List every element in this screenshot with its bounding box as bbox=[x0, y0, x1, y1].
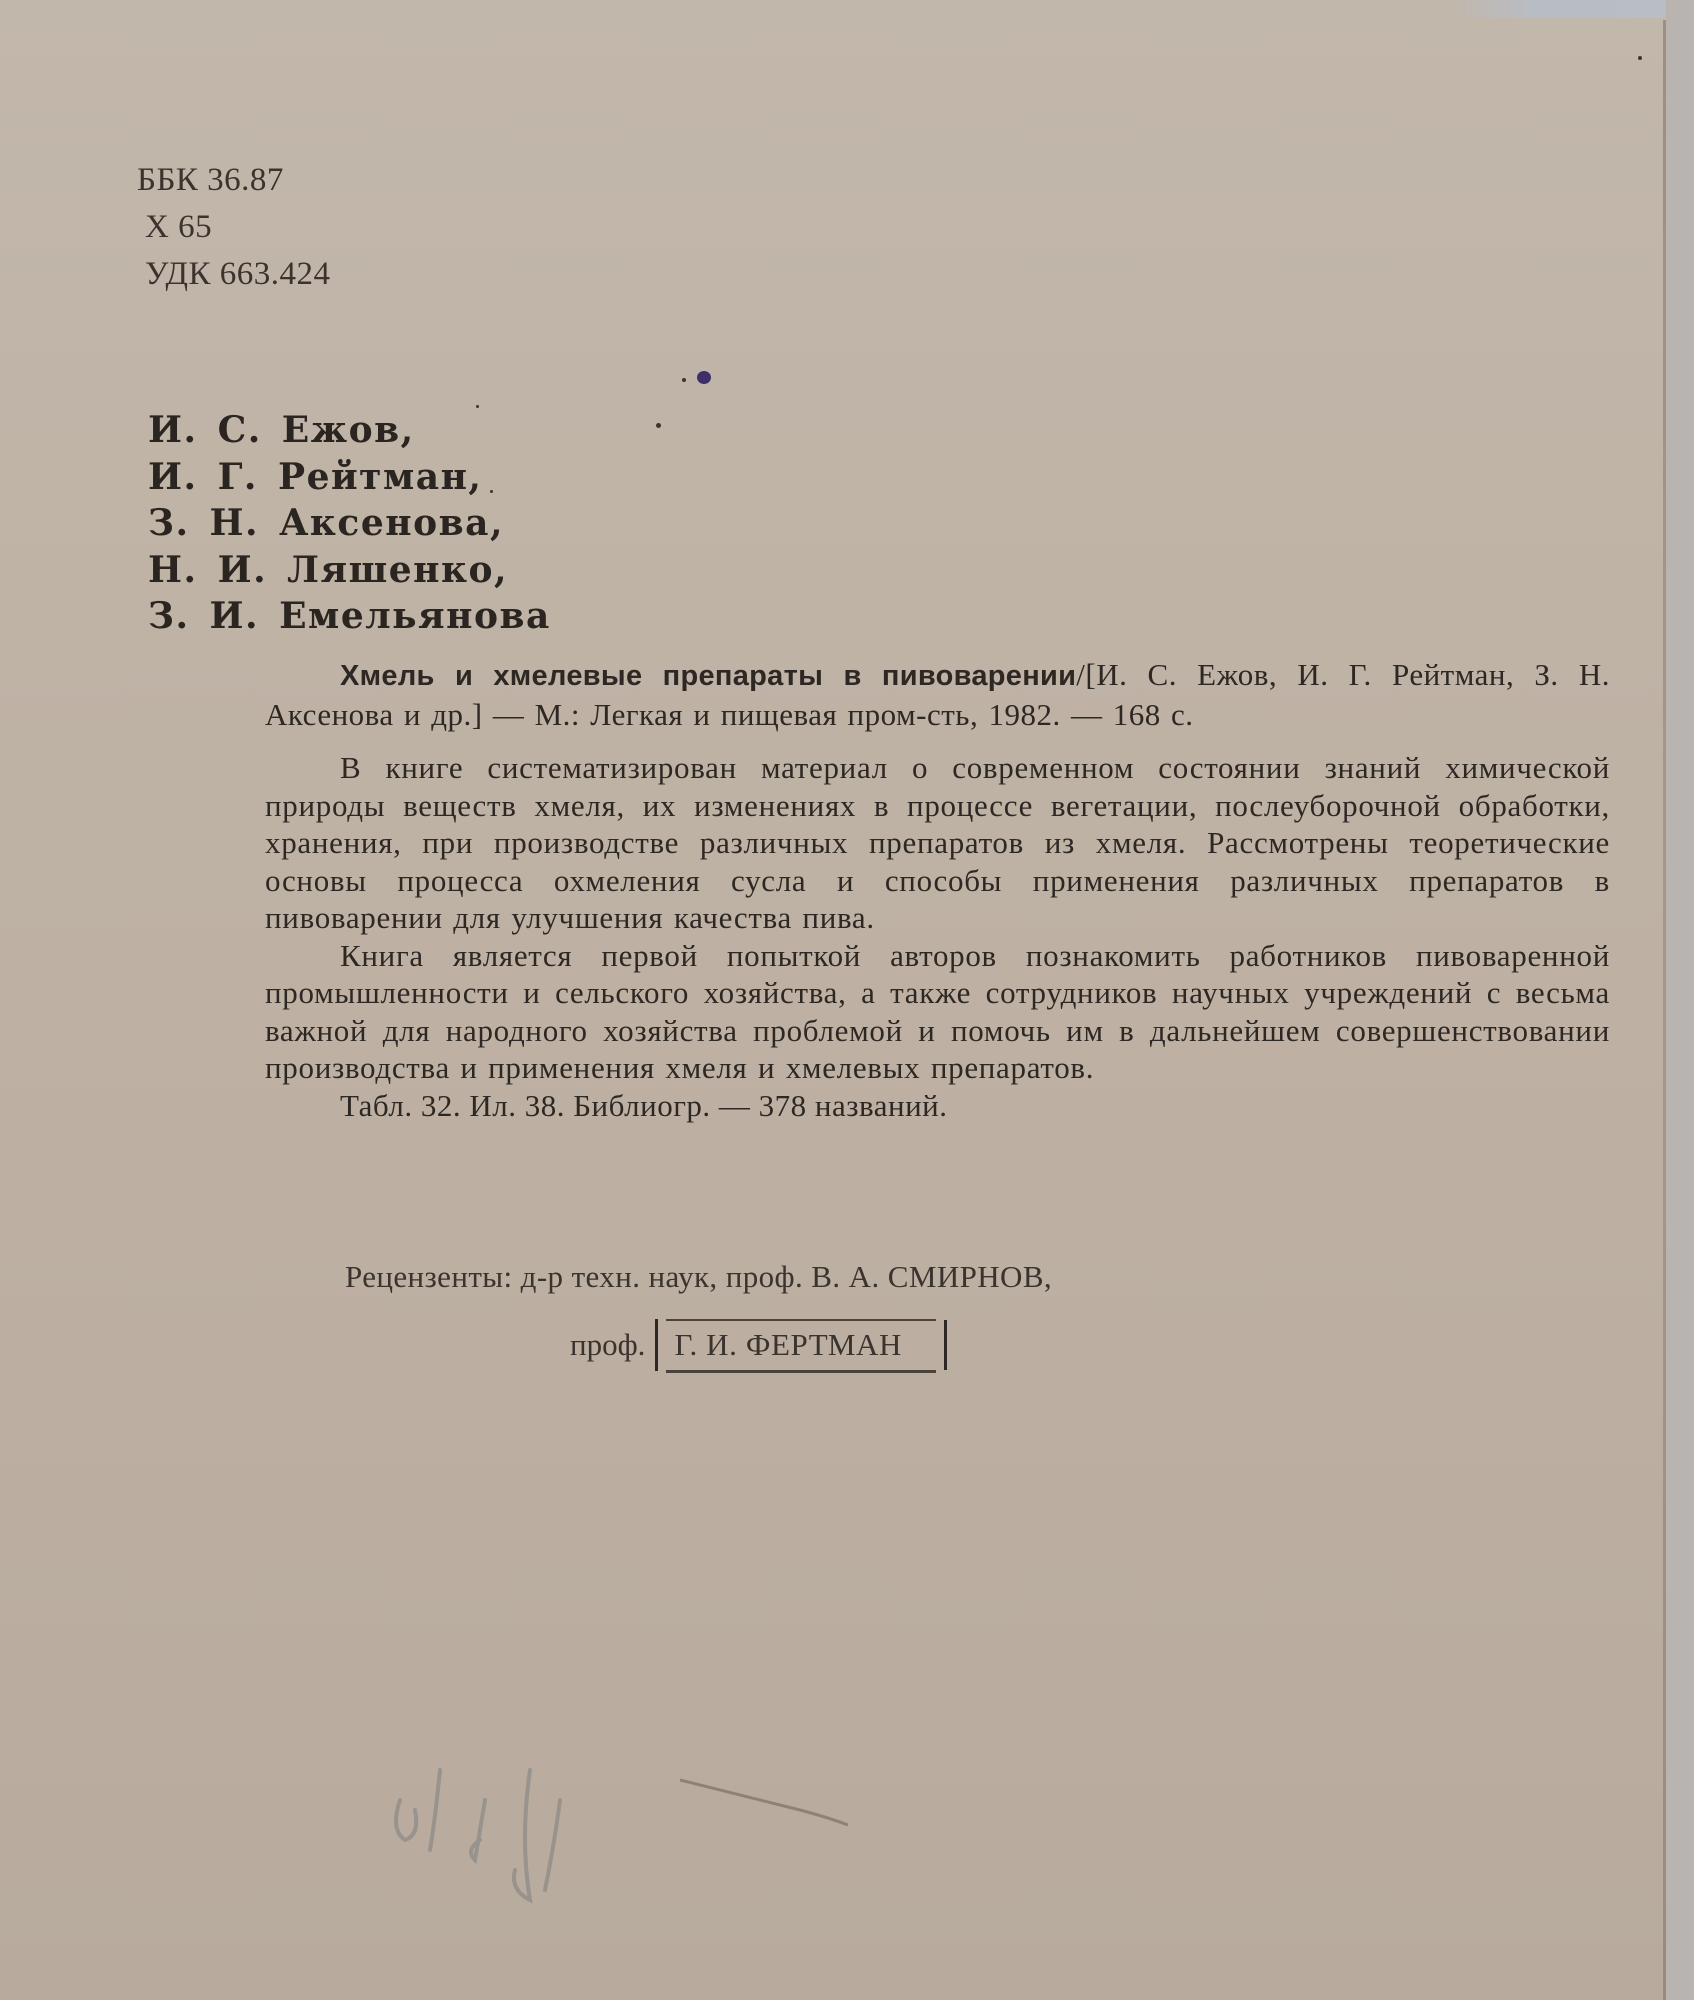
speck bbox=[1638, 56, 1642, 60]
book-page: ББК 36.87 Х 65 УДК 663.424 И. С. Ежов, И… bbox=[0, 0, 1666, 2000]
memorial-framed-name: Г. И. ФЕРТМАН bbox=[658, 1319, 944, 1371]
author-name: И. Г. Рейтман, bbox=[148, 454, 551, 501]
reviewers-line: Рецензенты: д-р техн. наук, проф. В. А. … bbox=[345, 1257, 1052, 1297]
book-statistics: Табл. 32. Ил. 38. Библиогр. — 378 назван… bbox=[265, 1087, 1610, 1125]
book-title: Хмель и хмелевые препараты в пивоварении bbox=[340, 660, 1076, 692]
annotation: В книге систематизирован материал о совр… bbox=[265, 749, 1610, 1124]
bibliographic-record: Хмель и хмелевые препараты в пивоварении… bbox=[265, 656, 1610, 733]
udk-code: УДК 663.424 bbox=[137, 251, 331, 298]
annotation-paragraph: В книге систематизирован материал о совр… bbox=[265, 749, 1610, 937]
author-name: З. Н. Аксенова, bbox=[148, 500, 551, 547]
author-name: З. И. Емельянова bbox=[148, 593, 551, 640]
classification-block: ББК 36.87 Х 65 УДК 663.424 bbox=[137, 157, 331, 298]
author-name: И. С. Ежов, bbox=[148, 407, 551, 454]
author-mark: Х 65 bbox=[137, 204, 331, 251]
reviewer-second-line: проф. Г. И. ФЕРТМАН bbox=[570, 1319, 947, 1371]
reviewer-title: проф. bbox=[570, 1325, 645, 1365]
authors-list: И. С. Ежов, И. Г. Рейтман, З. Н. Аксенов… bbox=[148, 407, 551, 640]
frame-right-bar bbox=[944, 1320, 947, 1370]
speck bbox=[682, 378, 686, 382]
pencil-scribble bbox=[380, 1740, 640, 1920]
pencil-line bbox=[680, 1770, 850, 1840]
speck bbox=[656, 423, 661, 428]
background-strip bbox=[1446, 0, 1666, 18]
author-name: Н. И. Ляшенко, bbox=[148, 547, 551, 594]
annotation-paragraph: Книга является первой попыткой авторов п… bbox=[265, 937, 1610, 1087]
bbk-code: ББК 36.87 bbox=[137, 157, 331, 204]
ink-dot bbox=[697, 371, 711, 384]
